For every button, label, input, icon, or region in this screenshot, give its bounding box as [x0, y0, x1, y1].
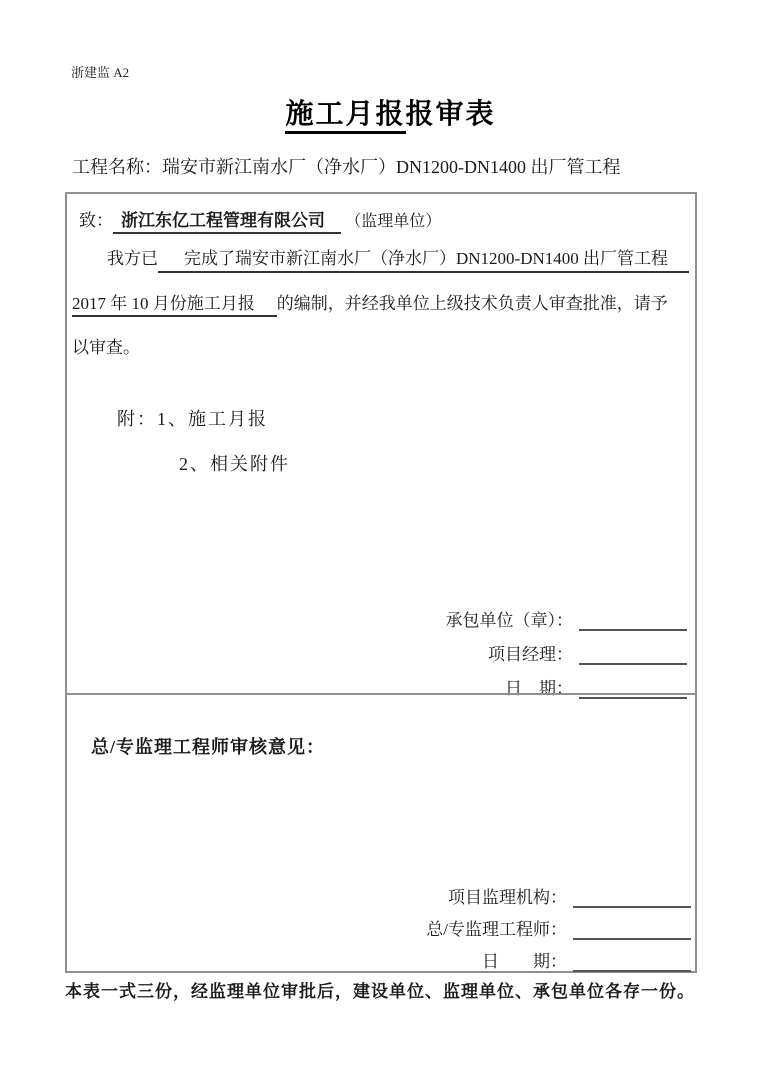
- signature-row-chief-supervisor: 总/专监理工程师：: [426, 915, 691, 940]
- signature-label: 承包单位（章）：: [446, 606, 574, 631]
- body-paragraph-line-3: 以审查。: [72, 333, 140, 358]
- supervisor-review-section: 总/专监理工程师审核意见： 项目监理机构： 总/专监理工程师： 日 期：: [67, 693, 695, 971]
- signature-row-supervision-org: 项目监理机构：: [448, 883, 691, 908]
- signature-label: 日 期：: [482, 947, 567, 972]
- to-label: 致：: [79, 211, 113, 230]
- project-name-label: 工程名称：: [72, 157, 162, 177]
- body-line2-rest: 的编制，并经我单位上级技术负责人审查批准，请予: [277, 294, 668, 313]
- form-title-rest-part: 报审表: [406, 99, 496, 130]
- signature-row-project-manager: 项目经理：: [488, 640, 687, 665]
- signature-label: 总/专监理工程师：: [426, 915, 567, 940]
- attachment-item-1: 附：1、施工月报: [117, 405, 268, 431]
- contractor-section: 致：浙江东亿工程管理有限公司 （监理单位） 我方已完成了瑞安市新江南水厂（净水厂…: [67, 194, 695, 693]
- project-name-value: 瑞安市新江南水厂（净水厂）DN1200-DN1400 出厂管工程: [162, 157, 621, 177]
- approval-form-box: 致：浙江东亿工程管理有限公司 （监理单位） 我方已完成了瑞安市新江南水厂（净水厂…: [65, 192, 697, 973]
- signature-blank-line: [573, 919, 691, 940]
- recipient-name: 浙江东亿工程管理有限公司: [113, 211, 341, 234]
- signature-blank-line: [573, 951, 691, 972]
- project-name-line: 工程名称：瑞安市新江南水厂（净水厂）DN1200-DN1400 出厂管工程: [72, 153, 621, 179]
- form-title: 施工月报报审表: [0, 92, 763, 132]
- footer-note: 本表一式三份，经监理单位审批后，建设单位、监理单位、承包单位各存一份。: [65, 977, 695, 1002]
- body-line2-filled-blank: 2017 年 10 月份施工月报: [72, 294, 277, 317]
- signature-blank-line: [579, 610, 687, 631]
- supervisor-review-heading: 总/专监理工程师审核意见：: [91, 733, 325, 759]
- signature-blank-line: [579, 644, 687, 665]
- signature-label: 项目监理机构：: [448, 883, 567, 908]
- form-title-underlined-part: 施工月报: [285, 99, 405, 134]
- body-line1-filled-blank: 完成了瑞安市新江南水厂（净水厂）DN1200-DN1400 出厂管工程: [158, 244, 689, 273]
- signature-label: 项目经理：: [488, 640, 573, 665]
- signature-row-review-date: 日 期：: [482, 947, 691, 972]
- body-paragraph-line-1: 我方已完成了瑞安市新江南水厂（净水厂）DN1200-DN1400 出厂管工程: [107, 244, 689, 273]
- body-line1-prefix: 我方已: [107, 244, 158, 273]
- form-code-label: 浙建监 A2: [71, 62, 129, 81]
- signature-row-contractor-unit: 承包单位（章）：: [446, 606, 688, 631]
- signature-blank-line: [573, 887, 691, 908]
- recipient-type-label: （监理单位）: [345, 213, 441, 230]
- document-page: 浙建监 A2 施工月报报审表 工程名称：瑞安市新江南水厂（净水厂）DN1200-…: [0, 0, 763, 1080]
- body-paragraph-line-2: 2017 年 10 月份施工月报的编制，并经我单位上级技术负责人审查批准，请予: [72, 289, 668, 314]
- to-line: 致：浙江东亿工程管理有限公司 （监理单位）: [79, 206, 441, 231]
- attachment-item-2: 2、相关附件: [179, 450, 290, 476]
